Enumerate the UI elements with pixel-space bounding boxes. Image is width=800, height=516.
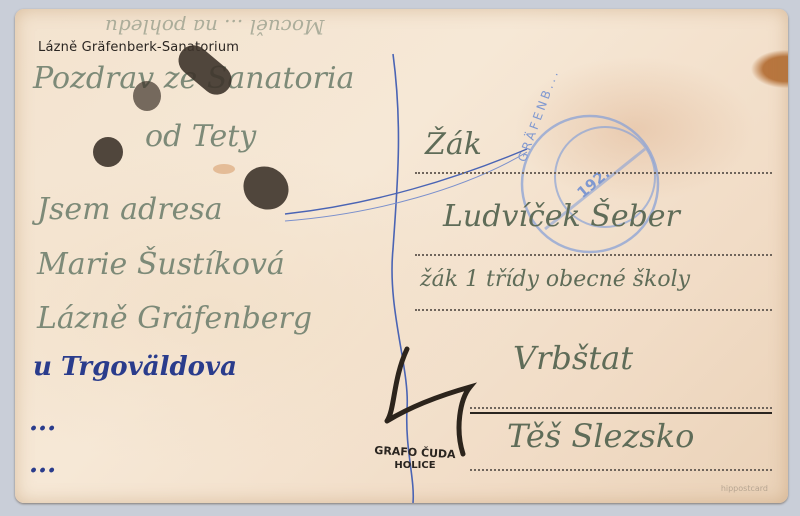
- publisher-imprint: GRAFO ČUDA HOLICE: [360, 446, 470, 472]
- address-line: [415, 172, 772, 174]
- address-line-5: Těš Slezsko: [507, 417, 694, 455]
- address-line-3: žák 1 třídy obecné školy: [420, 267, 690, 292]
- address-line: [470, 469, 772, 471]
- address-line-1: Žák: [425, 127, 482, 162]
- address-underline: [470, 412, 772, 414]
- postcard: Mocuěl ... na pohledu Lázně Gräfenberk-S…: [15, 9, 788, 503]
- watermark: hippostcard: [721, 484, 768, 493]
- address-line: [470, 407, 772, 409]
- address-line-2: Ludvíček Šeber: [443, 199, 680, 234]
- address-line: [415, 309, 772, 311]
- address-line: [415, 254, 772, 256]
- address-line-4: Vrbštat: [513, 339, 633, 377]
